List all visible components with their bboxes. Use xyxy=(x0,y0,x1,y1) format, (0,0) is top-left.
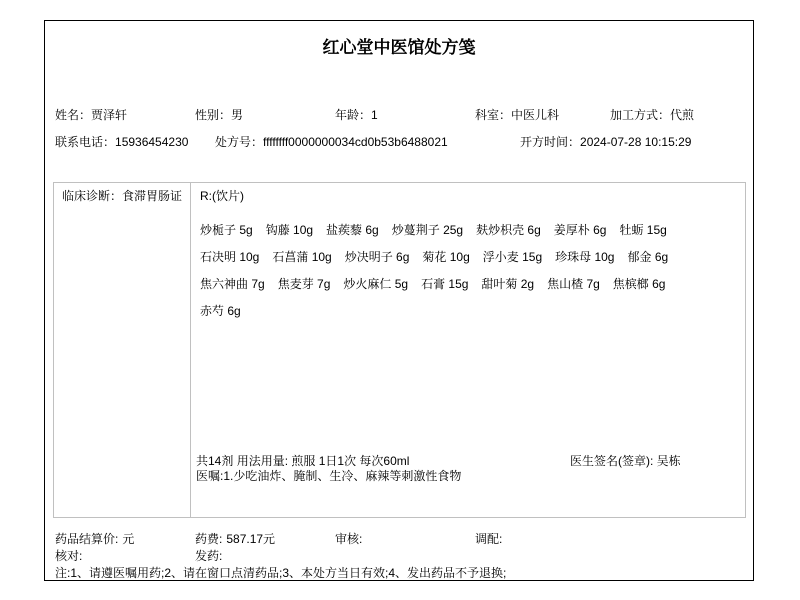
diagnosis-field: 临床诊断：食滞胃肠证 xyxy=(62,187,182,204)
usage-label: 用法用量: xyxy=(237,454,288,468)
herb-item: 郁金 6g xyxy=(627,250,668,264)
herb-line: 焦六神曲 7g焦麦芽 7g炒火麻仁 5g石膏 15g甜叶菊 2g焦山楂 7g焦槟… xyxy=(200,275,681,302)
herb-item: 焦六神曲 7g xyxy=(200,277,265,291)
patient-gender-field: 性别：男 xyxy=(195,106,243,123)
rx-number-label: 处方号： xyxy=(215,135,263,149)
patient-age-value: 1 xyxy=(371,108,378,122)
doctor-advice-line: 医嘱:1.少吃油炸、腌制、生冷、麻辣等刺激性食物 xyxy=(196,467,461,484)
processing-method-label: 加工方式： xyxy=(610,108,670,122)
patient-name-field: 姓名：贾泽轩 xyxy=(55,106,127,123)
settle-price-label: 药品结算价: xyxy=(55,532,118,546)
total-doses: 共14剂 xyxy=(196,454,233,468)
herb-item: 炒火麻仁 5g xyxy=(343,277,408,291)
patient-gender-label: 性别： xyxy=(195,108,231,122)
fee-value: 587.17元 xyxy=(226,532,275,546)
settle-price-field: 药品结算价:元 xyxy=(55,530,134,547)
issue-drug-field: 发药: xyxy=(195,547,222,564)
herb-item: 牡蛎 15g xyxy=(619,223,666,237)
footer-note: 注:1、请遵医嘱用药;2、请在窗口点清药品;3、本处方当日有效;4、发出药品不予… xyxy=(55,564,506,581)
diagnosis-label: 临床诊断： xyxy=(62,189,122,203)
patient-department-value: 中医儿科 xyxy=(511,108,559,122)
herb-item: 甜叶菊 2g xyxy=(481,277,534,291)
herb-item: 赤芍 6g xyxy=(200,304,241,318)
herb-item: 焦麦芽 7g xyxy=(278,277,331,291)
rx-header: R:(饮片) xyxy=(200,187,244,204)
herb-item: 炒决明子 6g xyxy=(345,250,410,264)
issue-time-field: 开方时间：2024-07-28 10:15:29 xyxy=(520,133,691,150)
herb-item: 石膏 15g xyxy=(421,277,468,291)
doctor-signature-value: 吴栋 xyxy=(657,454,681,468)
herb-item: 石决明 10g xyxy=(200,250,259,264)
issue-time-label: 开方时间： xyxy=(520,135,580,149)
processing-method-field: 加工方式：代煎 xyxy=(610,106,694,123)
processing-method-value: 代煎 xyxy=(670,108,694,122)
patient-gender-value: 男 xyxy=(231,108,243,122)
patient-name-value: 贾泽轩 xyxy=(91,108,127,122)
phone-label: 联系电话： xyxy=(55,135,115,149)
settle-price-value: 元 xyxy=(122,532,134,546)
review-field: 审核: xyxy=(335,530,362,547)
herb-line: 炒栀子 5g钩藤 10g盐蒺藜 6g炒蔓荆子 25g麸炒枳壳 6g姜厚朴 6g牡… xyxy=(200,221,681,248)
herb-item: 炒蔓荆子 25g xyxy=(392,223,463,237)
check-field: 核对: xyxy=(55,547,82,564)
patient-age-field: 年龄：1 xyxy=(335,106,378,123)
usage-value: 煎服 1日1次 每次60ml xyxy=(291,454,409,468)
phone-field: 联系电话：15936454230 xyxy=(55,133,188,150)
herb-item: 炒栀子 5g xyxy=(200,223,253,237)
herb-item: 姜厚朴 6g xyxy=(554,223,607,237)
herb-item: 浮小麦 15g xyxy=(483,250,542,264)
advice-value: 1.少吃油炸、腌制、生冷、麻辣等刺激性食物 xyxy=(223,469,461,483)
prescription-box-divider xyxy=(190,182,191,518)
herb-item: 焦山楂 7g xyxy=(547,277,600,291)
herb-item: 盐蒺藜 6g xyxy=(326,223,379,237)
rx-number-value: ffffffff0000000034cd0b53b6488021 xyxy=(263,135,448,149)
issue-time-value: 2024-07-28 10:15:29 xyxy=(580,135,691,149)
patient-department-field: 科室：中医儿科 xyxy=(475,106,559,123)
fee-field: 药费:587.17元 xyxy=(195,530,275,547)
herb-item: 菊花 10g xyxy=(422,250,469,264)
fee-label: 药费: xyxy=(195,532,222,546)
herb-item: 麸炒枳壳 6g xyxy=(476,223,541,237)
doctor-signature-field: 医生签名(签章): 吴栋 xyxy=(570,452,681,469)
rx-number-field: 处方号：ffffffff0000000034cd0b53b6488021 xyxy=(215,133,448,150)
phone-value: 15936454230 xyxy=(115,135,188,149)
herb-item: 石菖蒲 10g xyxy=(272,250,331,264)
herb-list: 炒栀子 5g钩藤 10g盐蒺藜 6g炒蔓荆子 25g麸炒枳壳 6g姜厚朴 6g牡… xyxy=(200,221,681,329)
herb-item: 珍珠母 10g xyxy=(555,250,614,264)
diagnosis-value: 食滞胃肠证 xyxy=(122,189,182,203)
doctor-signature-label: 医生签名(签章): xyxy=(570,454,653,468)
advice-label: 医嘱: xyxy=(196,469,223,483)
patient-department-label: 科室： xyxy=(475,108,511,122)
patient-name-label: 姓名： xyxy=(55,108,91,122)
patient-age-label: 年龄： xyxy=(335,108,371,122)
dispense-field: 调配: xyxy=(475,530,502,547)
herb-line: 赤芍 6g xyxy=(200,302,681,329)
herb-line: 石决明 10g石菖蒲 10g炒决明子 6g菊花 10g浮小麦 15g珍珠母 10… xyxy=(200,248,681,275)
herb-item: 钩藤 10g xyxy=(266,223,313,237)
page-title: 红心堂中医馆处方笺 xyxy=(44,33,754,58)
herb-item: 焦槟榔 6g xyxy=(613,277,666,291)
